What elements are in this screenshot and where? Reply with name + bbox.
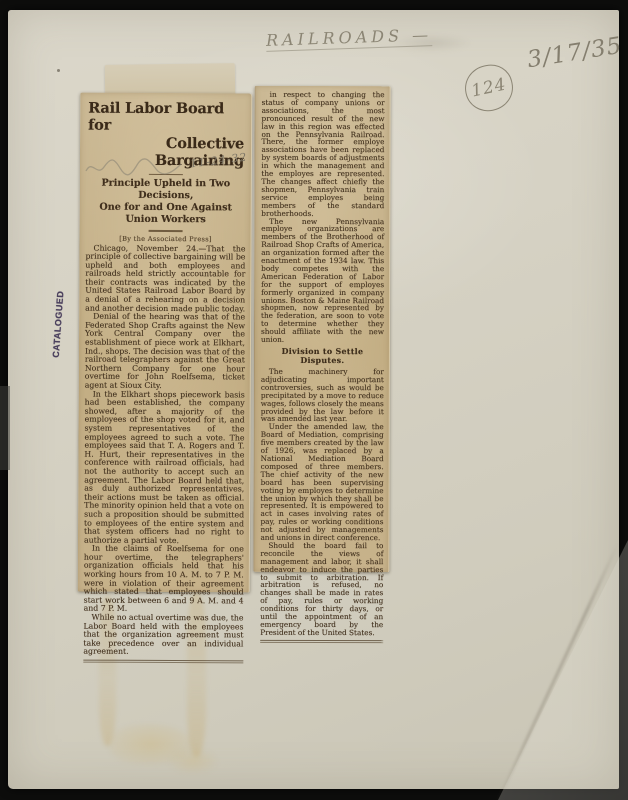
article-paragraph: in respect to changing the status of com… [261,91,384,218]
article-paragraph: In the Elkhart shops piecework basis had… [84,390,245,546]
paper-speck [57,69,60,72]
article-paragraph: Under the amended law, the Board of Medi… [260,423,383,542]
subhead-line: Union Workers [86,214,246,227]
article-paragraph: In the claims of Roelfsema for one hour … [84,545,244,615]
pencil-scrawl [84,155,184,181]
scan-border-patch [0,386,10,470]
article-body: Chicago, November 24.—That the principle… [83,244,245,657]
article-paragraph: Should the board fail to reconcile the v… [260,542,383,637]
byline: [By the Associated Press] [86,234,246,243]
article-paragraph: While no actual overtime was due, the La… [83,614,243,658]
news-clipping-right: in respect to changing the status of com… [253,86,390,572]
headline-line-1: Rail Labor Board for [86,100,246,136]
subhead-line: Principle Upheld in Two Decisions, [86,178,246,203]
subhead-line: One for and One Against [86,202,246,215]
article-paragraph: The new Pennsylvania employe organizatio… [261,217,384,344]
article-paragraph: Denial of the hearing was that of the Fe… [85,313,245,391]
article-paragraph: The machinery for adjudicating important… [261,368,384,424]
subhead-rule [149,230,183,232]
article-body: in respect to changing the status of com… [260,91,384,637]
article-paragraph: Chicago, November 24.—That the principle… [85,244,245,314]
page-number-text: 124 [470,75,509,102]
section-heading: Division to Settle Disputes. [261,347,384,365]
scanned-archive-page: { "annotations": { "subject_heading": "R… [0,0,628,800]
clipping-end-rule [260,640,383,643]
